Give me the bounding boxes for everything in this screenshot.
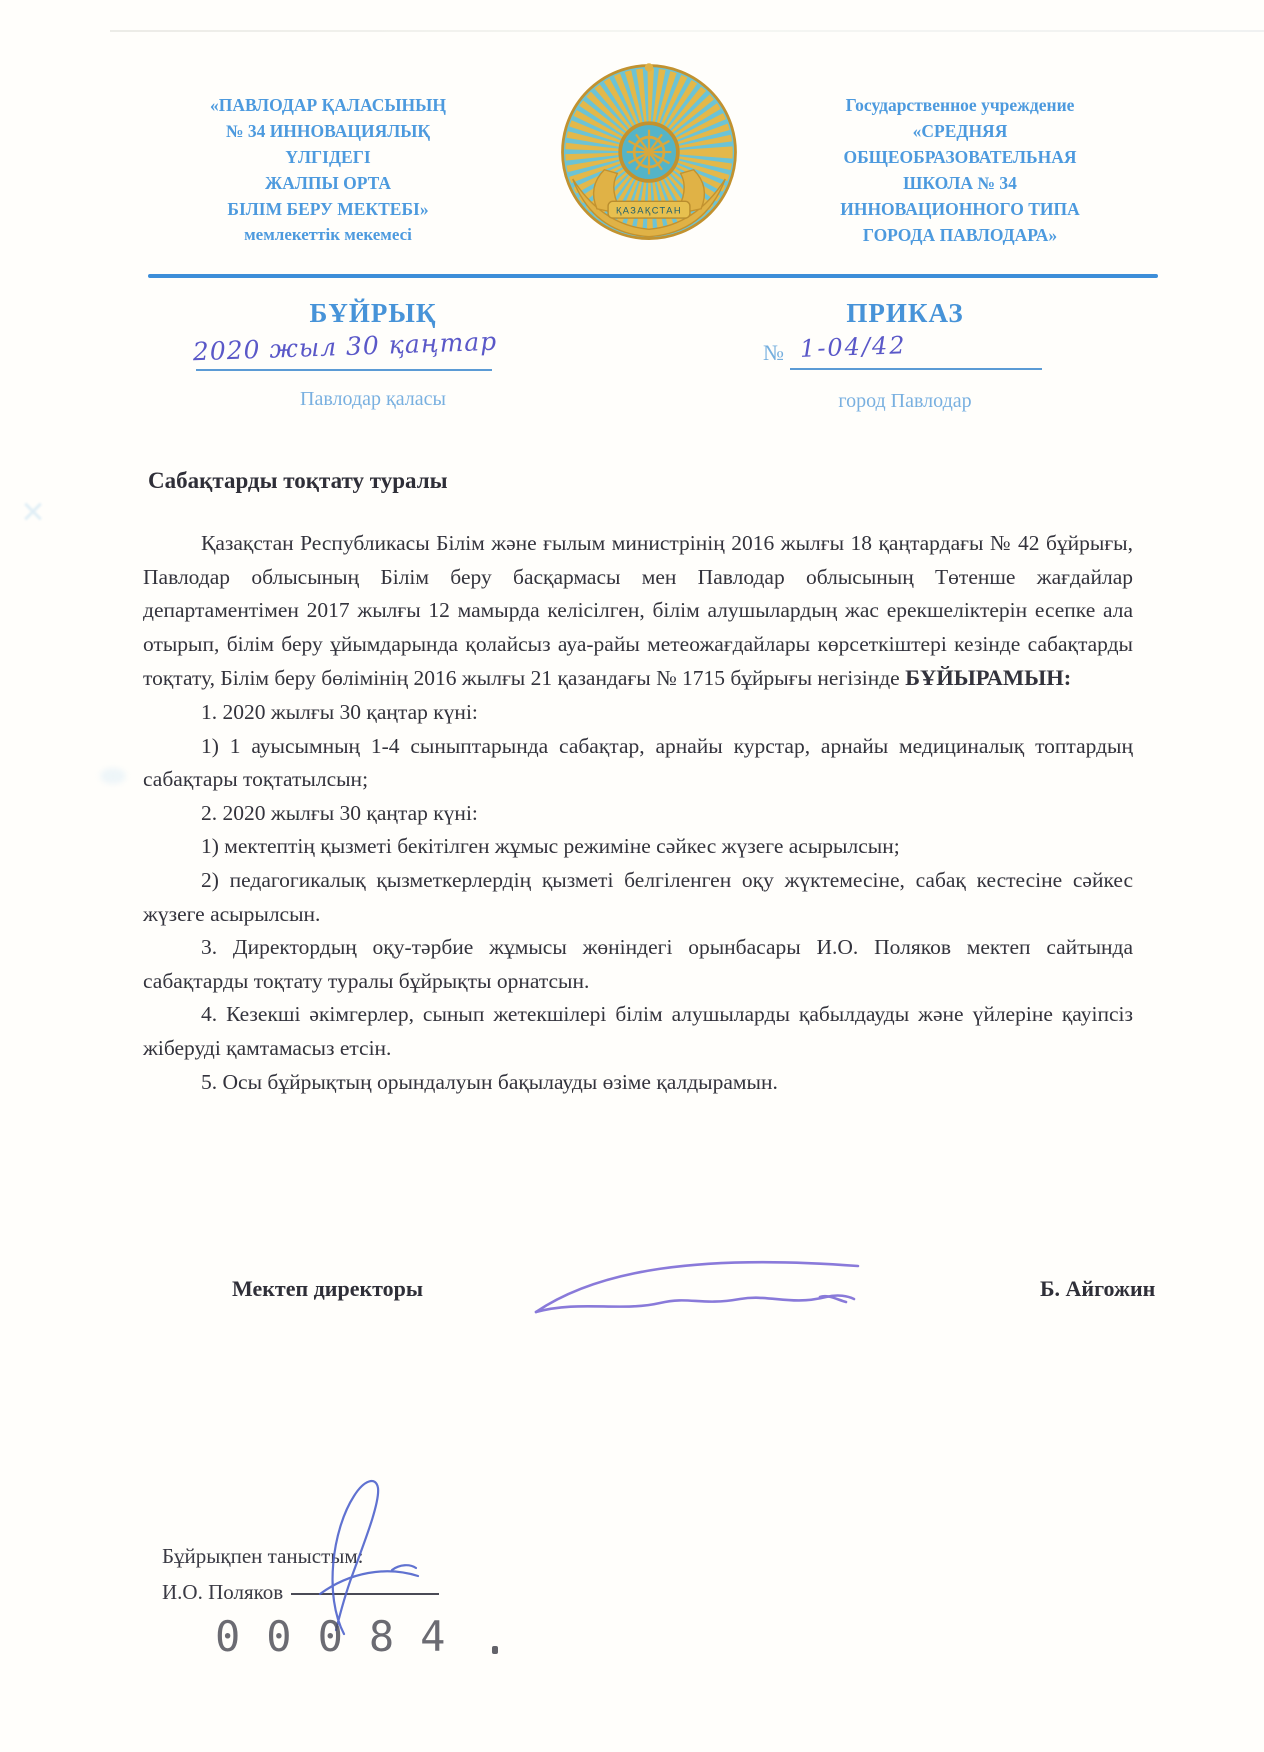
- order-item: 2. 2020 жылғы 30 қаңтар күні:: [143, 797, 1133, 831]
- scanned-order-document: «ПАВЛОДАР ҚАЛАСЫНЫҢ № 34 ИННОВАЦИЯЛЫҚ ҮЛ…: [0, 0, 1264, 1752]
- scan-artifact-smudge: [100, 768, 126, 784]
- intro-paragraph: Қазақстан Республикасы Білім және ғылым …: [143, 527, 1133, 696]
- org-line: «СРЕДНЯЯ: [770, 118, 1150, 144]
- order-item: 3. Директордың оқу-тәрбие жұмысы жөнінде…: [143, 931, 1133, 998]
- org-line: № 34 ИННОВАЦИЯЛЫҚ: [148, 118, 508, 144]
- order-subject: Сабақтарды тоқтату туралы: [148, 468, 448, 494]
- city-kazakh: Павлодар қаласы: [148, 388, 598, 411]
- scan-edge-artifact: [110, 30, 1264, 32]
- scan-artifact-cross: [22, 500, 44, 522]
- org-line: БІЛІМ БЕРУ МЕКТЕБІ»: [148, 196, 508, 222]
- org-line: ИННОВАЦИОННОГО ТИПА: [770, 196, 1150, 222]
- order-item: 1) 1 ауысымның 1-4 сыныптарында сабақтар…: [143, 730, 1133, 797]
- signer-role: Мектеп директоры: [232, 1276, 423, 1302]
- org-line: ГОРОДА ПАВЛОДАРА»: [770, 222, 1150, 248]
- handwritten-date: 2020 жыл 30 қаңтар: [190, 327, 501, 367]
- ink-dot: [492, 1646, 498, 1654]
- order-title-russian: ПРИКАЗ: [700, 298, 1110, 329]
- org-name-kazakh: «ПАВЛОДАР ҚАЛАСЫНЫҢ № 34 ИННОВАЦИЯЛЫҚ ҮЛ…: [148, 92, 508, 248]
- emblem-banner-text: ҚАЗАҚСТАН: [616, 205, 682, 215]
- order-title-kazakh: БҰЙРЫҚ: [148, 298, 598, 329]
- org-name-russian: Государственное учреждение «СРЕДНЯЯ ОБЩЕ…: [770, 92, 1150, 248]
- number-underline: [790, 368, 1042, 370]
- org-line: ЖАЛПЫ ОРТА: [148, 170, 508, 196]
- director-signature-ink: [528, 1250, 868, 1330]
- kazakhstan-coat-of-arms-icon: ҚАЗАҚСТАН: [556, 60, 742, 246]
- acknowledged-by-name: И.О. Поляков: [162, 1580, 283, 1604]
- signer-name: Б. Айгожин: [1040, 1276, 1180, 1302]
- org-line: ШКОЛА № 34: [770, 170, 1150, 196]
- order-item: 1) мектептің қызметі бекітілген жұмыс ре…: [143, 830, 1133, 864]
- org-line: «ПАВЛОДАР ҚАЛАСЫНЫҢ: [148, 92, 508, 118]
- stamp-number: 00084: [215, 1612, 471, 1661]
- order-item: 4. Кезекші әкімгерлер, сынып жетекшілері…: [143, 998, 1133, 1065]
- org-line: мемлекеттік мекемесі: [148, 222, 508, 248]
- date-underline: [196, 369, 492, 371]
- order-item: 2) педагогикалық қызметкерлердің қызметі…: [143, 864, 1133, 931]
- order-item: 1. 2020 жылғы 30 қаңтар күні:: [143, 696, 1133, 730]
- order-number-label: №: [763, 340, 784, 366]
- order-verb: БҰЙЫРАМЫН:: [905, 665, 1071, 690]
- handwritten-order-number: 1-04/42: [800, 331, 907, 363]
- order-item: 5. Осы бұйрықтың орындалуын бақылауды өз…: [143, 1066, 1133, 1100]
- org-line: Государственное учреждение: [770, 92, 1150, 118]
- org-line: ҮЛГІДЕГІ: [148, 144, 508, 170]
- org-line: ОБЩЕОБРАЗОВАТЕЛЬНАЯ: [770, 144, 1150, 170]
- order-body: Қазақстан Республикасы Білім және ғылым …: [143, 527, 1133, 1099]
- city-russian: город Павлодар: [700, 390, 1110, 413]
- header-divider-rule: [148, 274, 1158, 278]
